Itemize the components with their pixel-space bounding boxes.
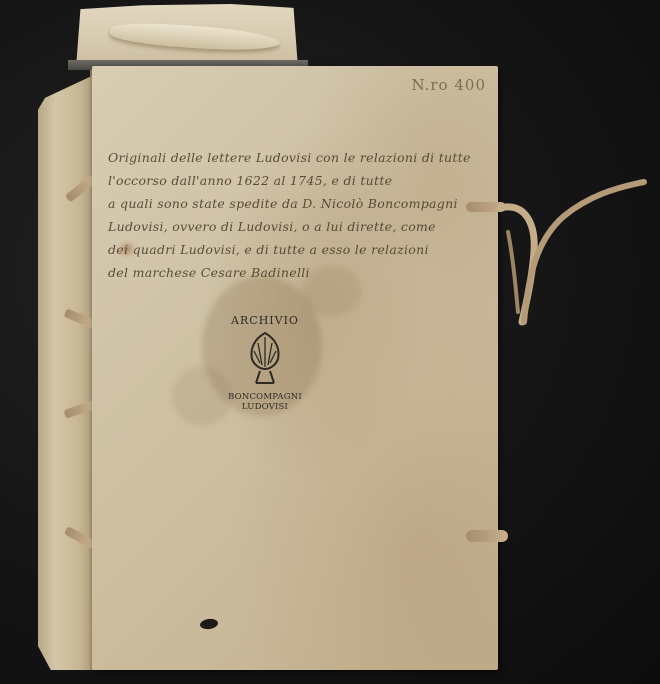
fore-edge-tie [466,530,508,542]
catalog-number: N.ro 400 [411,76,486,94]
leather-cord [494,172,654,332]
inscription-line: dei quadri Ludovisi, e di tutte a esso l… [108,238,478,261]
inscription-line: Ludovisi, ovvero di Ludovisi, o a lui di… [108,215,478,238]
stamp-bottom-text: BONCOMPAGNI LUDOVISI [210,392,320,412]
inscription-line: a quali sono state spedite da D. Nicolò … [108,192,478,215]
book-cover: N.ro 400 Originali delle lettere Ludovis… [92,66,498,670]
inscription-line: l'occorso dall'anno 1622 al 1745, e di t… [108,169,478,192]
stamp-top-text: ARCHIVIO [210,314,320,327]
inscription-line: Originali delle lettere Ludovisi con le … [108,146,478,169]
photo-scene: N.ro 400 Originali delle lettere Ludovis… [0,0,660,684]
dragon-crest-icon [242,329,288,385]
inscription-line: del marchese Cesare Badinelli [108,261,478,284]
ink-blot [199,618,218,630]
vellum-spine [38,74,96,670]
archive-stamp: ARCHIVIO BONCOMPAGNI LUDOVISI [210,314,320,424]
handwritten-inscription: Originali delle lettere Ludovisi con le … [108,146,478,284]
